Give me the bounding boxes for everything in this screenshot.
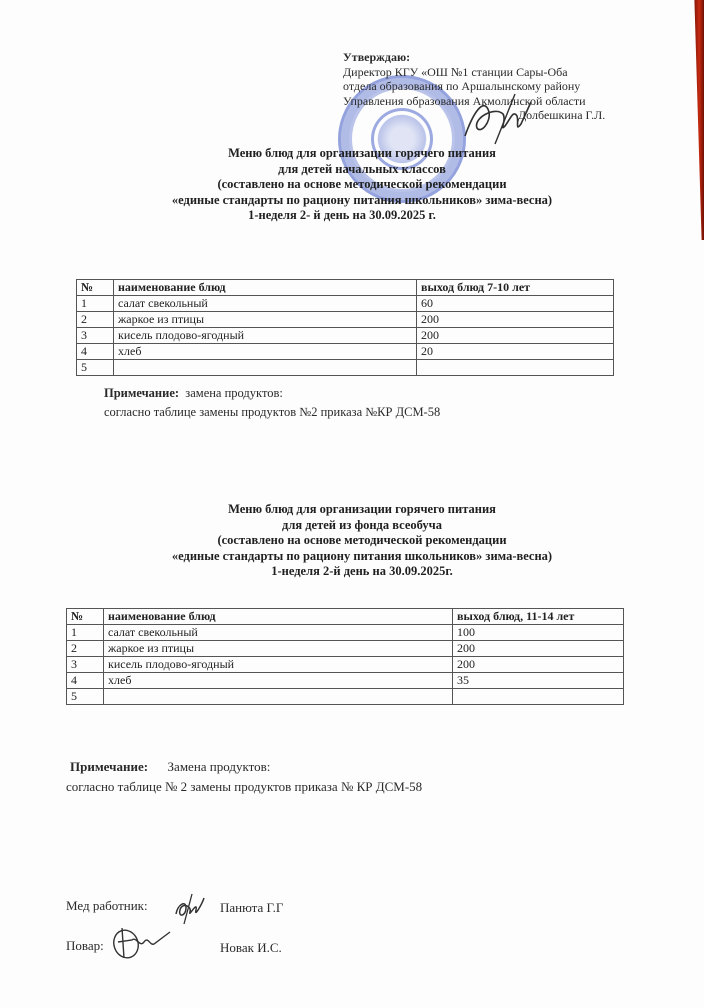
approval-line: Директор КГУ «ОШ №1 станции Сары-Оба — [343, 65, 643, 80]
title-line: 1-неделя 2- й день на 30.09.2025 г. — [10, 208, 704, 224]
table-row: 2 жаркое из птицы 200 — [77, 312, 614, 328]
menu-2-note: Примечание: Замена продуктов: — [70, 758, 270, 775]
medic-name: Панюта Г.Г — [220, 900, 283, 916]
cell-number: 5 — [77, 360, 114, 376]
table-row: 1 салат свекольный 60 — [77, 296, 614, 312]
title-line: (составлено на основе методической реком… — [10, 533, 704, 549]
cell-number: 3 — [77, 328, 114, 344]
cook-name: Новак И.С. — [220, 940, 282, 956]
cell-dish: салат свекольный — [114, 296, 417, 312]
header-dish-name: наименование блюд — [114, 280, 417, 296]
header-dish-name: наименование блюд — [104, 609, 453, 625]
approval-heading: Утверждаю: — [343, 50, 643, 65]
table-row: 2 жаркое из птицы 200 — [67, 641, 624, 657]
menu-1-title: Меню блюд для организации горячего питан… — [0, 146, 704, 224]
note-label: Примечание: — [104, 386, 179, 400]
medic-signature-row: Мед работник: — [66, 898, 148, 914]
cell-dish: кисель плодово-ягодный — [104, 657, 453, 673]
cell-number: 5 — [67, 689, 104, 705]
header-portion: выход блюд 7-10 лет — [417, 280, 614, 296]
title-line: «единые стандарты по рациону питания шко… — [10, 193, 704, 209]
cell-portion: 35 — [453, 673, 624, 689]
medic-label: Мед работник: — [66, 898, 148, 913]
cell-dish — [104, 689, 453, 705]
title-line: «единые стандарты по рациону питания шко… — [10, 549, 704, 565]
cell-dish: жаркое из птицы — [114, 312, 417, 328]
cell-number: 1 — [67, 625, 104, 641]
header-portion: выход блюд, 11-14 лет — [453, 609, 624, 625]
cell-portion: 60 — [417, 296, 614, 312]
note-text: замена продуктов: — [185, 386, 283, 400]
menu-1-note-line2: согласно таблице замены продуктов №2 при… — [104, 404, 440, 421]
note-label: Примечание: — [70, 759, 148, 774]
cook-signature-icon — [108, 922, 174, 962]
table-row: 4 хлеб 20 — [77, 344, 614, 360]
title-line: для детей начальных классов — [10, 162, 704, 178]
title-line: (составлено на основе методической реком… — [10, 177, 704, 193]
title-line: Меню блюд для организации горячего питан… — [10, 502, 704, 518]
cell-dish: жаркое из птицы — [104, 641, 453, 657]
note-text: Замена продуктов: — [168, 759, 271, 774]
cell-portion: 200 — [453, 641, 624, 657]
cell-dish: салат свекольный — [104, 625, 453, 641]
title-line: Меню блюд для организации горячего питан… — [10, 146, 704, 162]
cell-number: 4 — [67, 673, 104, 689]
cook-signature-row: Повар: — [66, 938, 104, 954]
cell-portion: 100 — [453, 625, 624, 641]
cell-portion — [453, 689, 624, 705]
cell-portion: 200 — [417, 312, 614, 328]
director-signature-icon — [455, 88, 535, 148]
document-page: Утверждаю: Директор КГУ «ОШ №1 станции С… — [0, 0, 704, 1008]
table-row: 3 кисель плодово-ягодный 200 — [77, 328, 614, 344]
table-row: 3 кисель плодово-ягодный 200 — [67, 657, 624, 673]
header-number: № — [67, 609, 104, 625]
menu-1-table: № наименование блюд выход блюд 7-10 лет … — [76, 279, 614, 376]
menu-2-title: Меню блюд для организации горячего питан… — [0, 502, 704, 580]
title-line: для детей из фонда всеобуча — [10, 518, 704, 534]
cell-number: 3 — [67, 657, 104, 673]
cell-portion — [417, 360, 614, 376]
menu-2-table: № наименование блюд выход блюд, 11-14 ле… — [66, 608, 624, 705]
cell-number: 2 — [77, 312, 114, 328]
table-row: 4 хлеб 35 — [67, 673, 624, 689]
cook-label: Повар: — [66, 938, 104, 953]
menu-2-note-line2: согласно таблице № 2 замены продуктов пр… — [66, 778, 422, 795]
table-header-row: № наименование блюд выход блюд, 11-14 ле… — [67, 609, 624, 625]
cell-portion: 200 — [453, 657, 624, 673]
table-row: 5 — [67, 689, 624, 705]
cell-number: 2 — [67, 641, 104, 657]
menu-1-note: Примечание: замена продуктов: — [104, 385, 283, 402]
cell-dish: кисель плодово-ягодный — [114, 328, 417, 344]
table-row: 5 — [77, 360, 614, 376]
title-line: 1-неделя 2-й день на 30.09.2025г. — [10, 564, 704, 580]
cell-dish: хлеб — [104, 673, 453, 689]
cell-portion: 20 — [417, 344, 614, 360]
cell-dish: хлеб — [114, 344, 417, 360]
cell-number: 1 — [77, 296, 114, 312]
header-number: № — [77, 280, 114, 296]
cell-portion: 200 — [417, 328, 614, 344]
table-header-row: № наименование блюд выход блюд 7-10 лет — [77, 280, 614, 296]
table-row: 1 салат свекольный 100 — [67, 625, 624, 641]
cell-dish — [114, 360, 417, 376]
cell-number: 4 — [77, 344, 114, 360]
medic-signature-icon — [172, 890, 208, 926]
